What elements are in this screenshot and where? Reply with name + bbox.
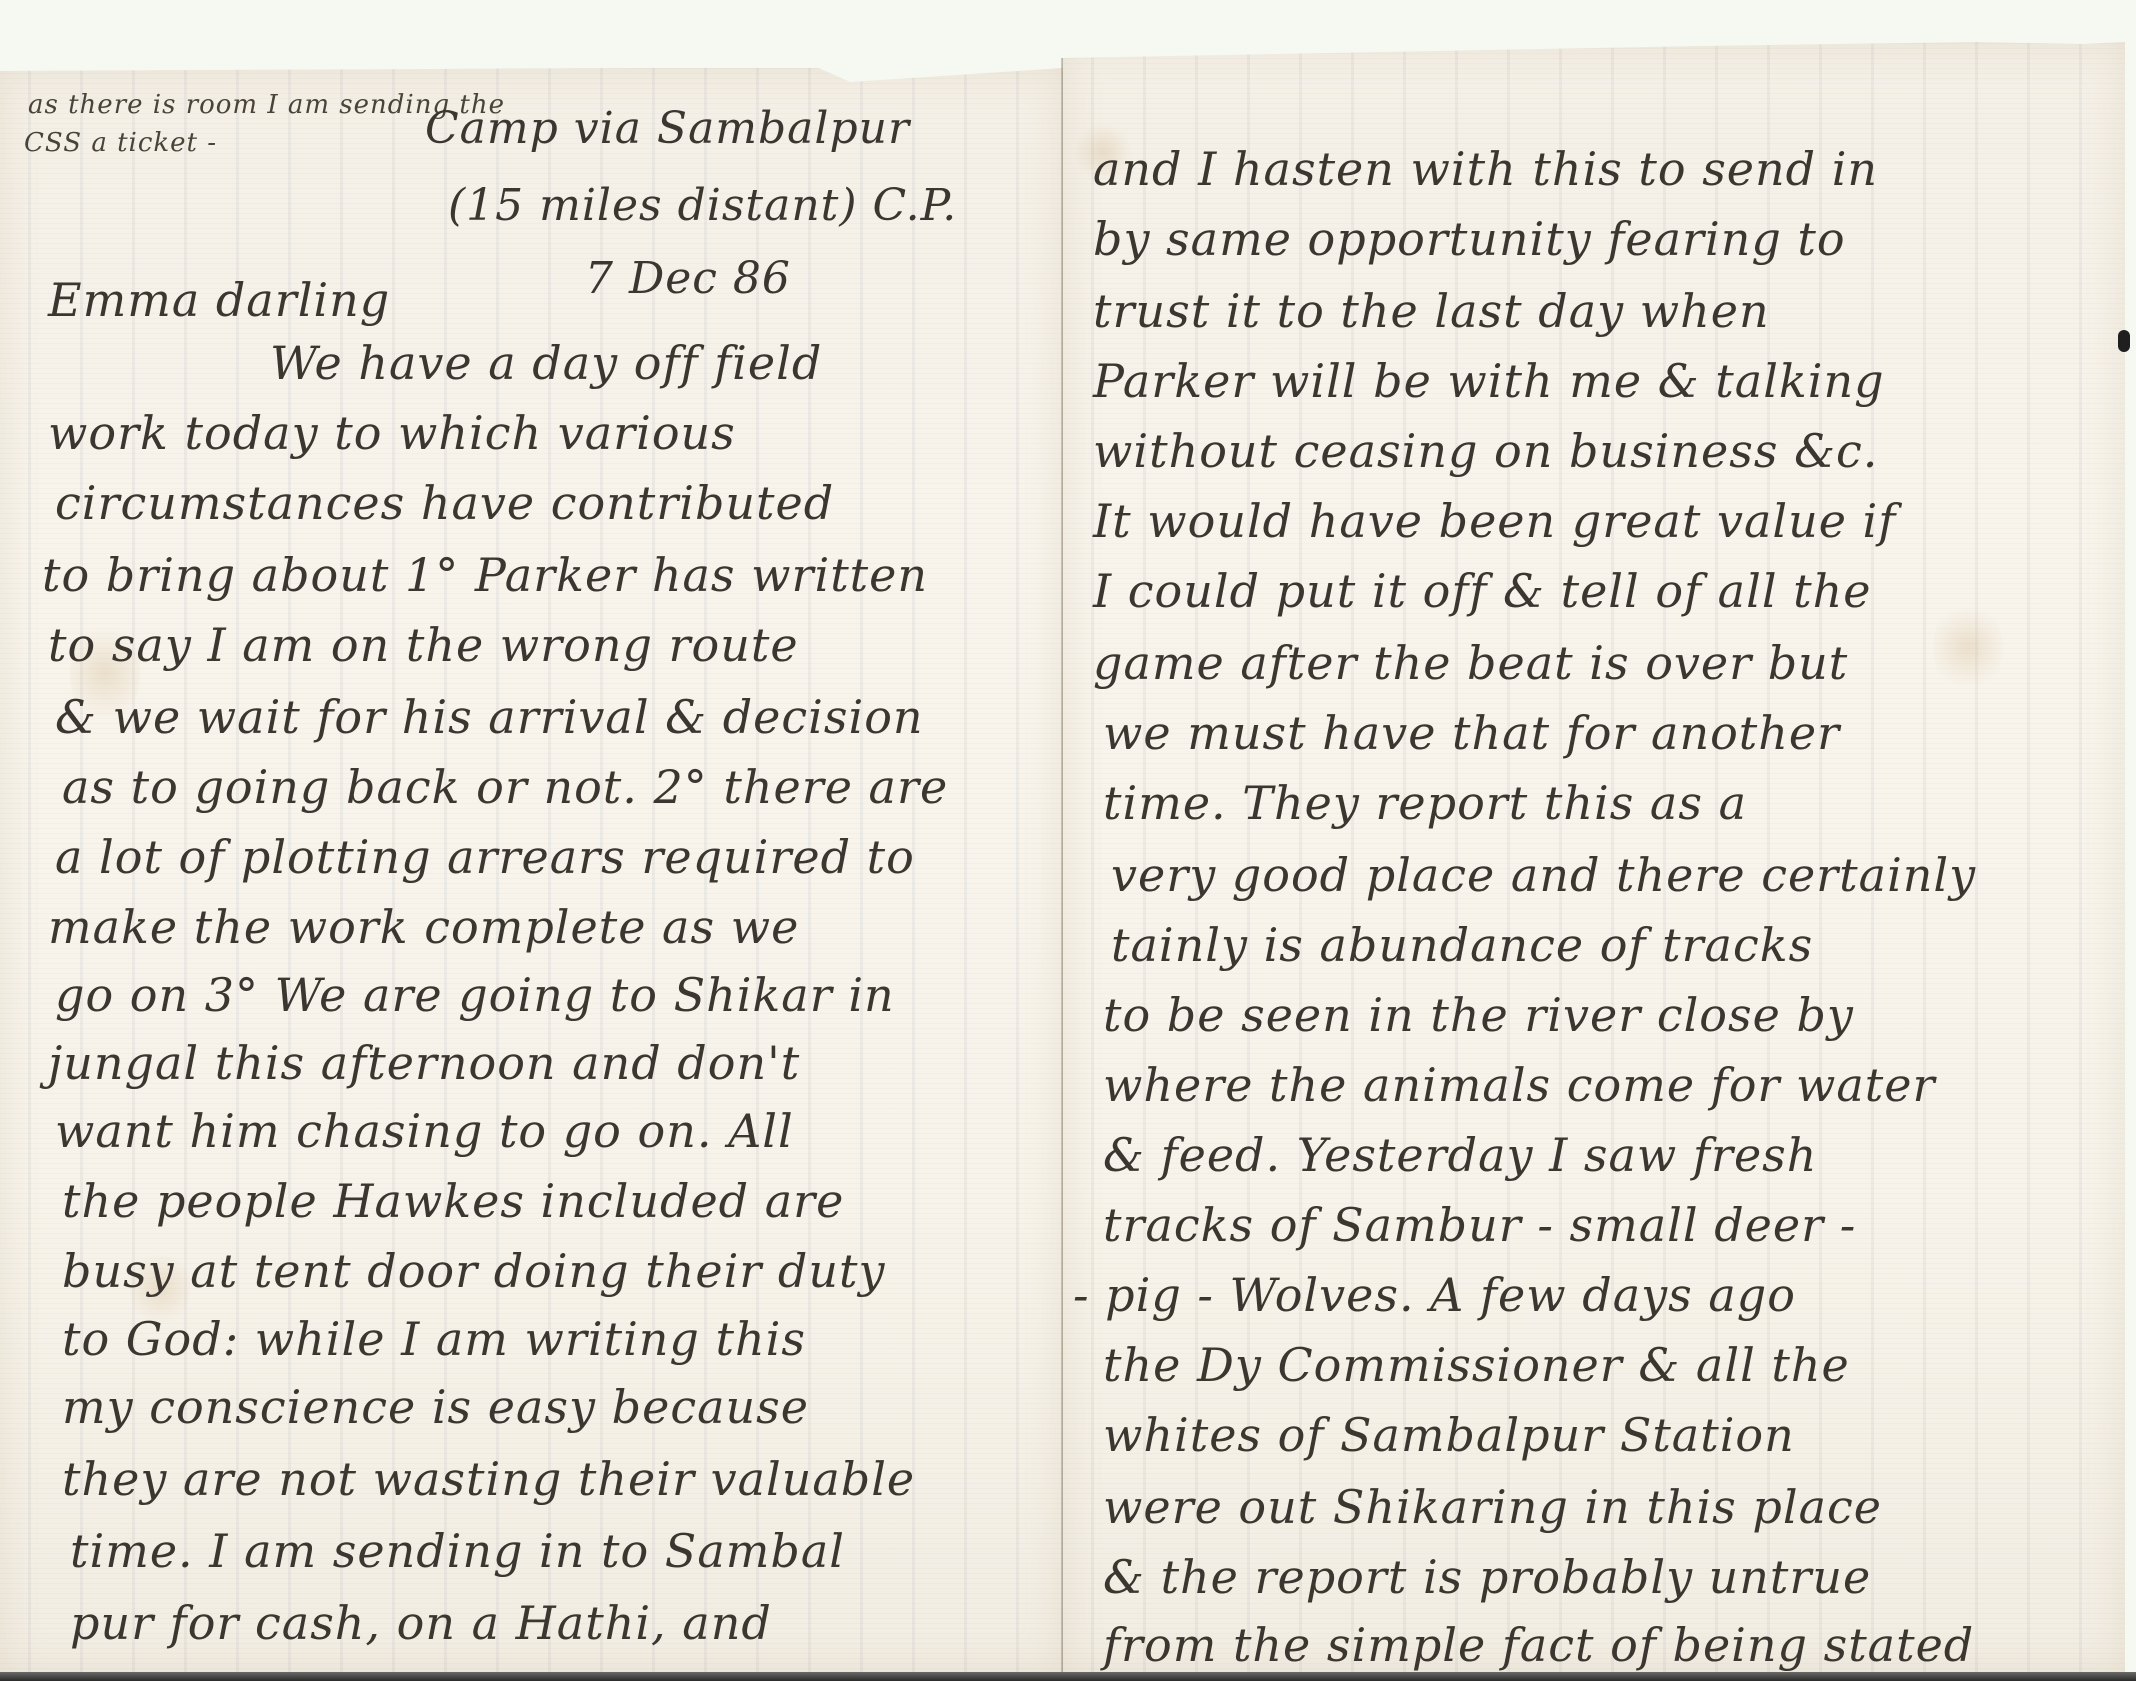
body-line: from the simple fact of being stated [1103, 1618, 1974, 1672]
body-line: time. I am sending in to Sambal [70, 1524, 845, 1578]
body-line: We have a day off field [270, 336, 822, 390]
body-line: make the work complete as we [48, 900, 799, 954]
paper-stain [1933, 602, 2003, 692]
margin-note-line: CSS a ticket - [24, 128, 217, 158]
body-line: time. They report this as a [1103, 776, 1747, 830]
body-line: without ceasing on business &c. [1093, 424, 1878, 478]
body-line: the people Hawkes included are [62, 1174, 844, 1228]
body-line: want him chasing to go on. All [55, 1104, 794, 1158]
body-line: to be seen in the river close by [1103, 988, 1854, 1042]
body-line: tainly is abundance of tracks [1111, 918, 1813, 972]
letter-distance: (15 miles distant) C.P. [448, 180, 957, 231]
body-line: go on 3° We are going to Shikar in [55, 968, 895, 1022]
scanner-edge-shadow [0, 1672, 2136, 1681]
body-line: where the animals come for water [1103, 1058, 1936, 1112]
body-line: a lot of plotting arrears required to [55, 830, 915, 884]
body-line: pur for cash, on a Hathi, and [70, 1596, 772, 1650]
body-line: busy at tent door doing their duty [62, 1244, 885, 1298]
letter-place: Camp via Sambalpur [425, 103, 910, 154]
body-line: to God: while I am writing this [62, 1312, 806, 1366]
body-line: to say I am on the wrong route [48, 618, 799, 672]
body-line: my conscience is easy because [62, 1380, 809, 1434]
body-line: jungal this afternoon and don't [48, 1036, 800, 1090]
body-line: & we wait for his arrival & decision [55, 690, 924, 744]
body-line: and I hasten with this to send in [1093, 142, 1878, 196]
body-line: circumstances have contributed [55, 476, 834, 530]
body-line: work today to which various [48, 406, 736, 460]
letter-page-left: as there is room I am sending the CSS a … [0, 68, 1063, 1674]
body-line: very good place and there certainly [1111, 848, 1976, 902]
body-line: Parker will be with me & talking [1093, 354, 1885, 408]
body-line: the Dy Commissioner & all the [1103, 1338, 1850, 1392]
body-line: by same opportunity fearing to [1093, 212, 1846, 266]
body-line: to bring about 1° Parker has written [42, 548, 928, 602]
body-line: were out Shikaring in this place [1103, 1480, 1882, 1534]
body-line: we must have that for another [1103, 706, 1840, 760]
body-line: It would have been great value if [1093, 494, 1896, 548]
body-line: whites of Sambalpur Station [1103, 1408, 1795, 1462]
scanner-artifact [2118, 330, 2130, 352]
salutation: Emma darling [48, 273, 390, 327]
body-line: game after the beat is over but [1093, 636, 1848, 690]
body-line: & the report is probably untrue [1103, 1550, 1871, 1604]
body-line: tracks of Sambur - small deer - [1103, 1198, 1856, 1252]
letter-date: 7 Dec 86 [585, 253, 791, 304]
body-line: as to going back or not. 2° there are [62, 760, 948, 814]
body-line: - pig - Wolves. A few days ago [1073, 1268, 1796, 1322]
body-line: they are not wasting their valuable [62, 1452, 915, 1506]
letter-page-right: and I hasten with this to send in by sam… [1063, 42, 2125, 1674]
body-line: & feed. Yesterday I saw fresh [1103, 1128, 1817, 1182]
body-line: trust it to the last day when [1093, 284, 1770, 338]
body-line: I could put it off & tell of all the [1093, 564, 1872, 618]
